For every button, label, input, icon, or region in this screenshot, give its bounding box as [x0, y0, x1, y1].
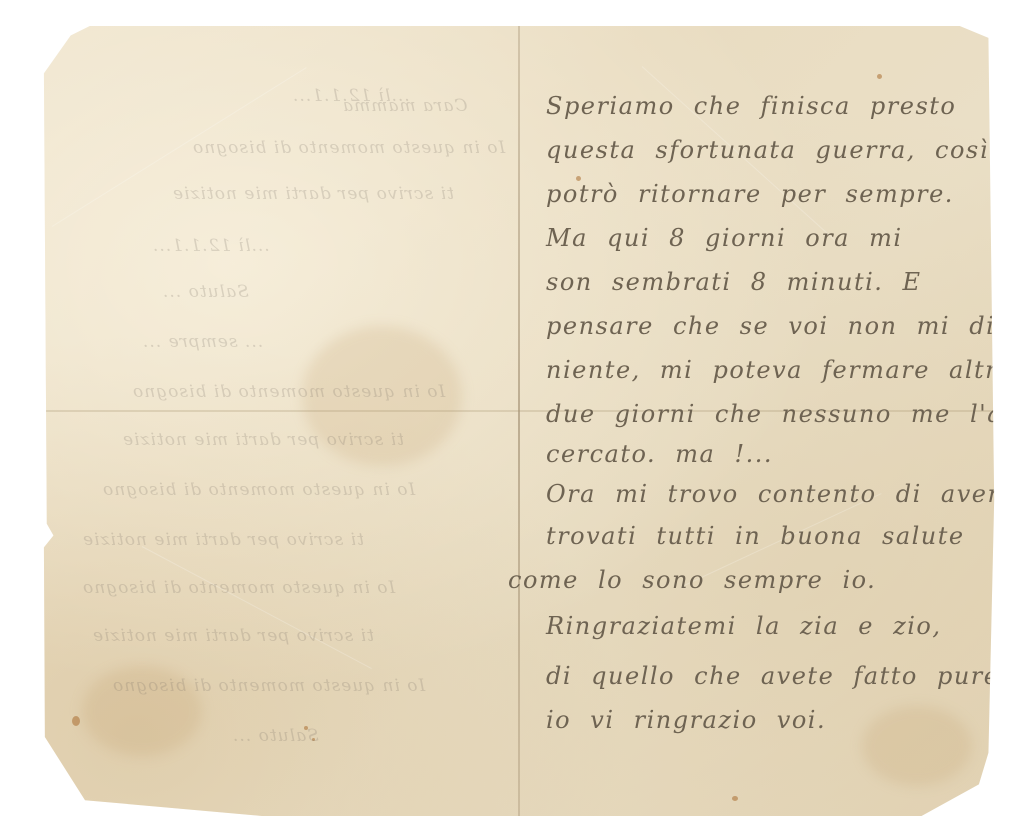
handwritten-line: io vi ringrazio voi.	[546, 706, 826, 734]
handwritten-line: cercato. ma !...	[546, 440, 773, 468]
ghost-line: Io in questo momento di bisogno	[102, 480, 415, 500]
ghost-line: Saluto ...	[162, 282, 249, 302]
handwritten-line: niente, mi poteva fermare altri	[546, 356, 1007, 384]
handwritten-line: come lo sono sempre io.	[508, 566, 876, 594]
ghost-line: Io in questo momento di bisogno	[112, 676, 425, 696]
letter-sheet: ...lì 12.1.1... Cara mamma Io in questo …	[42, 26, 998, 816]
foxing-spot	[977, 786, 983, 792]
ghost-line: ti scrivo per darti mie notizie	[172, 184, 454, 204]
handwritten-line: trovati tutti in buona salute	[546, 522, 965, 550]
handwritten-line: son sembrati 8 minuti. E	[546, 268, 922, 296]
ghost-line: Io in questo momento di bisogno	[192, 138, 505, 158]
ghost-line: ti scrivo per darti mie notizie	[122, 430, 404, 450]
ghost-line: ...lì 12.1.1...	[152, 236, 270, 256]
handwritten-line: due giorni che nessuno me l'avrebbe	[546, 400, 1024, 428]
handwritten-line: questa sfortunata guerra, così	[546, 136, 989, 164]
ghost-line: Cara mamma	[342, 96, 467, 116]
ghost-line: Io in questo momento di bisogno	[82, 578, 395, 598]
handwritten-line: Speriamo che finisca presto	[546, 92, 956, 120]
handwritten-line: pensare che se voi non mi dite	[546, 312, 1022, 340]
ghost-line: Io in questo momento di bisogno	[132, 382, 445, 402]
ghost-line: ti scrivo per darti mie notizie	[92, 626, 374, 646]
ghost-line: Saluto ...	[232, 726, 319, 746]
handwritten-line: Ora mi trovo contento di avervi	[546, 480, 1024, 508]
handwritten-line: Ma qui 8 giorni ora mi	[546, 224, 903, 252]
right-page: Speriamo che finisca presto questa sfort…	[520, 26, 998, 816]
handwritten-line: potrò ritornare per sempre.	[546, 180, 954, 208]
handwritten-line: di quello che avete fatto pure	[546, 662, 999, 690]
left-page: ...lì 12.1.1... Cara mamma Io in questo …	[42, 26, 518, 816]
ghost-line: ti scrivo per darti mie notizie	[82, 530, 364, 550]
handwritten-line: Ringraziatemi la zia e zio,	[546, 612, 942, 640]
ghost-line: ... sempre ...	[142, 332, 263, 352]
